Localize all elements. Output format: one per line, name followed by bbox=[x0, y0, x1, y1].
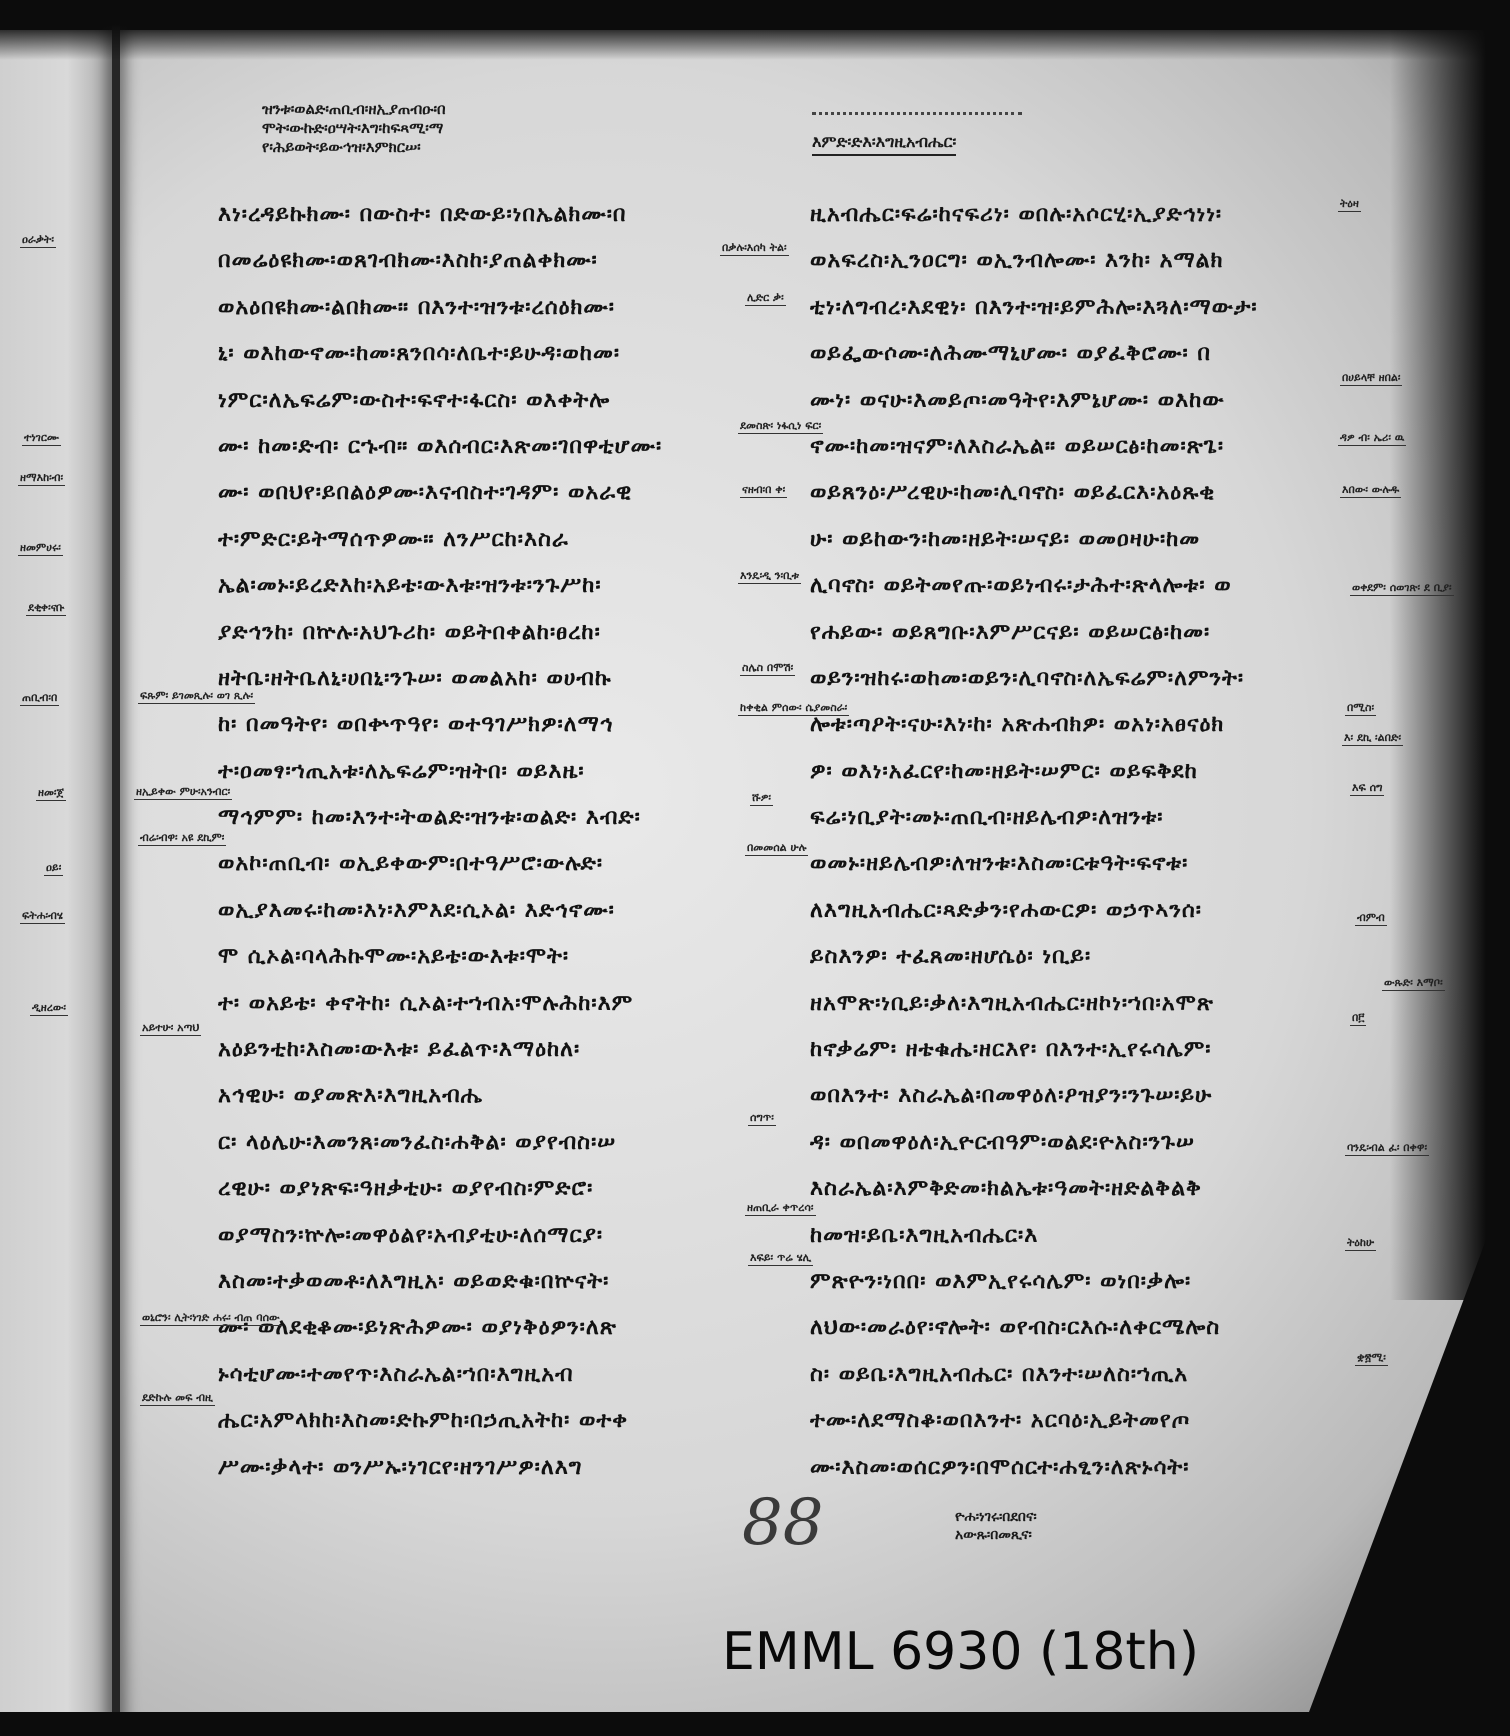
marginal-gloss: ዐራቃት፡ bbox=[20, 232, 56, 248]
marginal-gloss: አይተሁ፡ አጣህ bbox=[140, 1020, 201, 1036]
text-line: ሞ ሲኦል፡ባላሕኩሞሙ፡አይቴ፡ውእቱ፡ሞት፡ bbox=[218, 934, 763, 980]
text-line: ነምር፡ለኤፍሬም፡ውስተ፡ፍኖተ፡ፋርስ፡ ወእቀትሎ bbox=[218, 378, 763, 424]
marginal-gloss: ሰግጥ፡ bbox=[748, 1110, 776, 1126]
marginal-gloss: ዳዎ ብ፡ ኤሪ፡ ዉ bbox=[1338, 430, 1406, 446]
text-column-b: ዚአብሔር፡ፍሬ፡ከናፍሪነ፡ ወበሉ፡አሶርሂ፡ኢያድኅነነ፡ወአፍረስ፡ኢን… bbox=[810, 192, 1355, 1491]
heading-note-line: ሞት፡ውኩድ፡ዐሣት፡እግ፡ከፍጻሚ፡ማ bbox=[262, 119, 446, 138]
text-line: ዳ፡ ወበመዋዕለ፡ኢዮርብዓም፡ወልደ፡ዮአስ፡ንጉሠ bbox=[810, 1120, 1355, 1166]
text-line: ሎቱ፡ጣዖት፡ናሁ፡እነ፡ከ፡ አጽሐብክዎ፡ ወአነ፡አፀናዕክ bbox=[810, 702, 1355, 748]
text-line: ሊባኖስ፡ ወይትመየጡ፡ወይነብሩ፡ታሕተ፡ጽላሎቱ፡ ወ bbox=[810, 563, 1355, 609]
heading-note-line: የ፡ሕይወት፡ይውኅዝ፡እምክርሠ፡ bbox=[262, 138, 446, 157]
text-line: ስ፡ ወይቤ፡እግዚአብሔር፡ በእንተ፡ሠለስ፡ኀጢአ bbox=[810, 1352, 1355, 1398]
marginal-gloss: እበው፡ ውሉዱ bbox=[1340, 482, 1401, 498]
marginal-gloss: እፍ ሰግ bbox=[1350, 780, 1384, 796]
text-line: ወይጸንዕ፡ሥረዊሁ፡ከመ፡ሊባኖስ፡ ወይፈርእ፡አዕጹቂ bbox=[810, 470, 1355, 516]
colophon-line: አውጹ፡በመጺና፡ bbox=[955, 1526, 1037, 1544]
text-line: እስራኤል፡እምቅድመ፡ክልኤቱ፡ዓመት፡ዘድልቅልቅ bbox=[810, 1166, 1355, 1212]
marginal-gloss: እንዴ፡ዲ ን፡ቢቱ bbox=[738, 568, 801, 584]
text-line: ሔር፡አምላክከ፡እስመ፡ድኩምከ፡በኃጢአትከ፡ ወተቀ bbox=[218, 1398, 763, 1444]
column-b-heading: እምድ፡ድእ፡እግዚአብሔር፡ bbox=[812, 132, 956, 156]
marginal-gloss: በ፫ bbox=[1350, 1010, 1366, 1026]
text-line: ወበእንተ፡ እስራኤል፡በመዋዕለ፡ዖዝያን፡ንጉሠ፡ይሁ bbox=[810, 1073, 1355, 1119]
text-line: ወይን፡ዝከሩ፡ወከመ፡ወይን፡ሊባኖስ፡ለኤፍሬም፡ለምንት፡ bbox=[810, 656, 1355, 702]
text-line: ያድኅንከ፡ በኵሉ፡አህጉሪከ፡ ወይትበቀልከ፡ፀረከ፡ bbox=[218, 610, 763, 656]
colophon-note: ዮሐ፡ነገሩ፡በደበና፡ አውጹ፡በመጺና፡ bbox=[955, 1508, 1037, 1544]
marginal-gloss: ዘኢይቀው ምሁ፡አንብር፡ bbox=[134, 784, 232, 800]
marginal-gloss: ዘመምሀሩ፡ bbox=[18, 540, 63, 556]
text-line: ከ፡ በመዓትየ፡ ወበቍጥዓየ፡ ወተዓገሥክዎ፡ለማኅ bbox=[218, 702, 763, 748]
marginal-gloss: ትዕከሁ bbox=[1345, 1235, 1376, 1251]
text-line: ዚአብሔር፡ፍሬ፡ከናፍሪነ፡ ወበሉ፡አሶርሂ፡ኢያድኅነነ፡ bbox=[810, 192, 1355, 238]
text-column-a: እነ፡ረዳይኩክሙ፡ በውስተ፡ በድውይ፡ነበኤልክሙ፡በበመሬዕዩክሙ፡ወጸ… bbox=[218, 192, 763, 1491]
marginal-gloss: ወቀደም፡ ሰወገጽ፡ ደ ቢያ፡ bbox=[1350, 580, 1454, 596]
text-line: ዘትቤ፡ዘትቤለኒ፡ሀበኒ፡ንጉሠ፡ ወመልአከ፡ ወሀብኩ bbox=[218, 656, 763, 702]
marginal-gloss: በሚስ፡ bbox=[1345, 700, 1376, 716]
heading-dots bbox=[812, 112, 1022, 115]
colophon-line: ዮሐ፡ነገሩ፡በደበና፡ bbox=[955, 1508, 1037, 1526]
right-edge-shadow bbox=[1390, 0, 1510, 1300]
marginal-gloss: ደቂቀ፡ናቡ bbox=[26, 600, 66, 616]
text-line: ዘአሞጽ፡ነቢይ፡ቃለ፡እግዚአብሔር፡ዘኮነ፡ኀበ፡አሞጽ bbox=[810, 981, 1355, 1027]
marginal-gloss: ሹዎ፡ bbox=[750, 790, 773, 806]
marginal-gloss: ከቀቂል ምሰው፡ ሴያመስራ፡ bbox=[738, 700, 849, 716]
text-line: የሐይው፡ ወይጸግቡ፡እምሥርናይ፡ ወይሠርፅ፡ከመ፡ bbox=[810, 610, 1355, 656]
text-line: ኒ፡ ወእከውኖሙ፡ከመ፡ጸንበሳ፡ለቤተ፡ይሁዳ፡ወከመ፡ bbox=[218, 331, 763, 377]
shelfmark-caption: EMML 6930 (18th) bbox=[722, 1622, 1199, 1682]
marginal-gloss: ፍትሐ፡ብሄ bbox=[20, 908, 65, 924]
text-line: እነ፡ረዳይኩክሙ፡ በውስተ፡ በድውይ፡ነበኤልክሙ፡በ bbox=[218, 192, 763, 238]
marginal-gloss: በሀይላቸ ዘበል፡ bbox=[1340, 370, 1402, 386]
marginal-gloss: ጠቢብ፡በ bbox=[20, 690, 59, 706]
text-line: ምጽዮን፡ነበበ፡ ወእምኢየሩሳሌም፡ ወነበ፡ቃሎ፡ bbox=[810, 1259, 1355, 1305]
text-line: ተሙ፡ለደማስቆ፡ወበእንተ፡ አርባዕ፡ኢይትመየጦ bbox=[810, 1398, 1355, 1444]
marginal-gloss: ዐይ፡ bbox=[44, 860, 63, 876]
text-line: ኤል፡መኑ፡ይረድእከ፡አይቴ፡ውእቱ፡ዝንቱ፡ንጉሥከ፡ bbox=[218, 563, 763, 609]
text-line: ቲነ፡ለግብረ፡እደዊነ፡ በእንተ፡ዝ፡ይምሕሎ፡እጓለ፡ማውታ፡ bbox=[810, 285, 1355, 331]
marginal-gloss: ስሌስ በሞሽ፡ bbox=[740, 660, 795, 676]
text-line: ወአፍረስ፡ኢንዐርግ፡ ወኢንብሎሙ፡ እንከ፡ አማልክ bbox=[810, 238, 1355, 284]
text-line: በመሬዕዩክሙ፡ወጸገብክሙ፡እስከ፡ያጠልቀክሙ፡ bbox=[218, 238, 763, 284]
text-line: ወያማስን፡ኵሎ፡መዋዕልየ፡አብያቲሁ፡ለሰማርያ፡ bbox=[218, 1213, 763, 1259]
text-line: ማኅምም፡ ከመ፡እንተ፡ትወልድ፡ዝንቱ፡ወልድ፡ እብድ፡ bbox=[218, 795, 763, 841]
marginal-gloss: በቃሉ፡እሰካ ትል፡ bbox=[720, 240, 789, 256]
text-line: ኑሳቲሆሙ፡ተመየጥ፡እስራኤል፡ኀበ፡እግዚአብ bbox=[218, 1352, 763, 1398]
marginal-gloss: ፍጹም፡ ይገመጺሉ፡ ወገ ጺሉ፡ bbox=[138, 688, 255, 704]
text-line: ከኖቃሬም፡ ዘቴቁሔ፡ዘርእየ፡ በእንተ፡ኢየሩሳሌም፡ bbox=[810, 1027, 1355, 1073]
marginal-gloss: ደድኩሉ መፍ ብዚ bbox=[140, 1390, 215, 1406]
text-line: ሙ፡ ወበህየ፡ይበልዕዎሙ፡እናብስተ፡ገዳም፡ ወአራዊ bbox=[218, 470, 763, 516]
text-line: ወኢያእመሩ፡ከመ፡እነ፡እምእደ፡ሲኦል፡ እድኅኖሙ፡ bbox=[218, 888, 763, 934]
heading-note: ዝንቱ፡ወልድ፡ጠቢብ፡ዘኢያጠብዑ፡በ ሞት፡ውኩድ፡ዐሣት፡እግ፡ከፍጻሚ፡… bbox=[262, 100, 446, 157]
marginal-gloss: ዘማእከ፡ብ፡ bbox=[18, 470, 65, 486]
marginal-gloss: ናዘብ፡በ ቀ፡ bbox=[740, 482, 787, 498]
folio-number: 88 bbox=[742, 1486, 823, 1560]
text-line: ፍሬ፡ነቢያት፡መኑ፡ጠቢብ፡ዘይሌብዎ፡ለዝንቱ፡ bbox=[810, 795, 1355, 841]
text-line: ር፡ ላዕሌሁ፡እመንጸ፡መንፈስ፡ሐቅል፡ ወያየብስ፡ሠ bbox=[218, 1120, 763, 1166]
text-line: ሙ፡ ከመ፡ድብ፡ ርኁብ። ወእሰብር፡እጽመ፡ገበዋቲሆሙ፡ bbox=[218, 424, 763, 470]
text-line: ለእግዚአብሔር፡ጻድቃን፡የሐውርዎ፡ ወኃጥኣንሰ፡ bbox=[810, 888, 1355, 934]
text-line: ሥሙ፡ቃላተ፡ ወንሥኡ፡ነገርየ፡ዘንገሥዎ፡ለእግ bbox=[218, 1445, 763, 1491]
marginal-gloss: ባንዴ፡ብል ፈ፡ በቀዋ፡ bbox=[1345, 1140, 1429, 1156]
marginal-gloss: ዘጠቢራ ቀጥረሳ፡ bbox=[745, 1200, 816, 1216]
text-line: ወይፌውሶሙ፡ለሕሙማኒሆሙ፡ ወያፈቅሮሙ፡ በ bbox=[810, 331, 1355, 377]
text-line: ተ፡ ወአይቴ፡ ቀኖትከ፡ ሲኦል፡ተኀብአ፡ሞሉሕከ፡እም bbox=[218, 981, 763, 1027]
marginal-gloss: ውጹድ፡ እማቦ፡ bbox=[1382, 975, 1445, 991]
marginal-gloss: እ፡ ደኪ ፡ልበድ፡ bbox=[1342, 730, 1403, 746]
text-line: ተ፡ዐመፃ፡ኀጢአቱ፡ለኤፍሬም፡ዝትበ፡ ወይእዜ፡ bbox=[218, 749, 763, 795]
marginal-gloss: ወኒሮን፡ ሊት፡ነገድ ሐሩ፡ ብጠ ባሰው bbox=[140, 1310, 282, 1326]
text-line: አኅዊሁ፡ ወያመጽእ፡እግዚአብሔ bbox=[218, 1073, 763, 1119]
text-line: ዎ፡ ወእነ፡አፈርየ፡ከመ፡ዘይት፡ሠምር፡ ወይፍቅደከ bbox=[810, 749, 1355, 795]
text-line: ሁ፡ ወይከውን፡ከመ፡ዘይት፡ሠናይ፡ ወመዐዛሁ፡ከመ bbox=[810, 517, 1355, 563]
top-shadow bbox=[0, 0, 1510, 60]
marginal-gloss: ሊድር ቃ፡ bbox=[745, 290, 786, 306]
heading-note-line: ዝንቱ፡ወልድ፡ጠቢብ፡ዘኢያጠብዑ፡በ bbox=[262, 100, 446, 119]
binding-spine bbox=[112, 20, 120, 1720]
marginal-gloss: ዘመ፡ጀ bbox=[36, 785, 66, 801]
text-line: ሙ፡ ወለደቂቆሙ፡ይነጽሕዎሙ፡ ወያነቅዕዎን፡ለጽ bbox=[218, 1305, 763, 1351]
marginal-gloss: ተነገርሙ bbox=[22, 430, 61, 446]
text-line: ኖሙ፡ከመ፡ዝናም፡ለእስራኤል። ወይሠርፅ፡ከመ፡ጽጌ፡ bbox=[810, 424, 1355, 470]
marginal-gloss: ቋ፳ሚ፡ bbox=[1355, 1350, 1388, 1366]
text-line: ሙነ፡ ወናሁ፡እመይጦ፡መዓትየ፡እምኔሆሙ፡ ወእከው bbox=[810, 378, 1355, 424]
text-line: እስመ፡ተቃወመቶ፡ለእግዚአ፡ ወይወድቁ፡በኵናት፡ bbox=[218, 1259, 763, 1305]
marginal-gloss: በመመሰል ሁሉ bbox=[745, 840, 808, 856]
text-line: ይስእንዎ፡ ተፈጸመ፡ዘሆሴዕ፡ ነቢይ፡ bbox=[810, 934, 1355, 980]
marginal-gloss: ደመስጽ፡ ነፋሲነ ፍር፡ bbox=[738, 418, 823, 434]
text-line: ለህው፡መራዕየ፡ኖሎት፡ ወየብስ፡ርእሱ፡ለቀርሜሎስ bbox=[810, 1305, 1355, 1351]
bottom-shadow bbox=[0, 1712, 1510, 1736]
marginal-gloss: ትዕዛ bbox=[1338, 196, 1361, 212]
marginal-gloss: ብምብ bbox=[1355, 910, 1387, 926]
text-line: ከመዝ፡ይቤ፡እግዚአብሔር፡እ bbox=[810, 1213, 1355, 1259]
text-line: አዕይንቲከ፡እስመ፡ውእቱ፡ ይፈልጥ፡እማዕከለ፡ bbox=[218, 1027, 763, 1073]
text-line: ወመኑ፡ዘይሌብዎ፡ለዝንቱ፡እስመ፡ርቱዓት፡ፍኖቱ፡ bbox=[810, 841, 1355, 887]
text-line: ተ፡ምድር፡ይትማሰጥዎሙ። ለንሥርከ፡እስራ bbox=[218, 517, 763, 563]
text-line: ሙ፡እስመ፡ወሰርዎን፡በሞሰርተ፡ሐፂን፡ለጽኑሳት፡ bbox=[810, 1445, 1355, 1491]
marginal-gloss: ብሬ፡ብዋ፡ አዩ ደኪም፡ bbox=[138, 830, 226, 846]
text-line: ረዊሁ፡ ወያነጽፍ፡ዓዘቃቲሁ፡ ወያየብስ፡ምድሮ፡ bbox=[218, 1166, 763, 1212]
marginal-gloss: ዲዘረው፡ bbox=[30, 1000, 68, 1016]
marginal-gloss: እፍይ፡ ጥሬ ሄሊ bbox=[748, 1250, 813, 1266]
text-line: ወአዕበዩክሙ፡ልበክሙ። በእንተ፡ዝንቱ፡ረሰዕክሙ፡ bbox=[218, 285, 763, 331]
text-line: ወአኮ፡ጠቢብ፡ ወኢይቀውም፡በተዓሥሮ፡ውሉድ፡ bbox=[218, 841, 763, 887]
